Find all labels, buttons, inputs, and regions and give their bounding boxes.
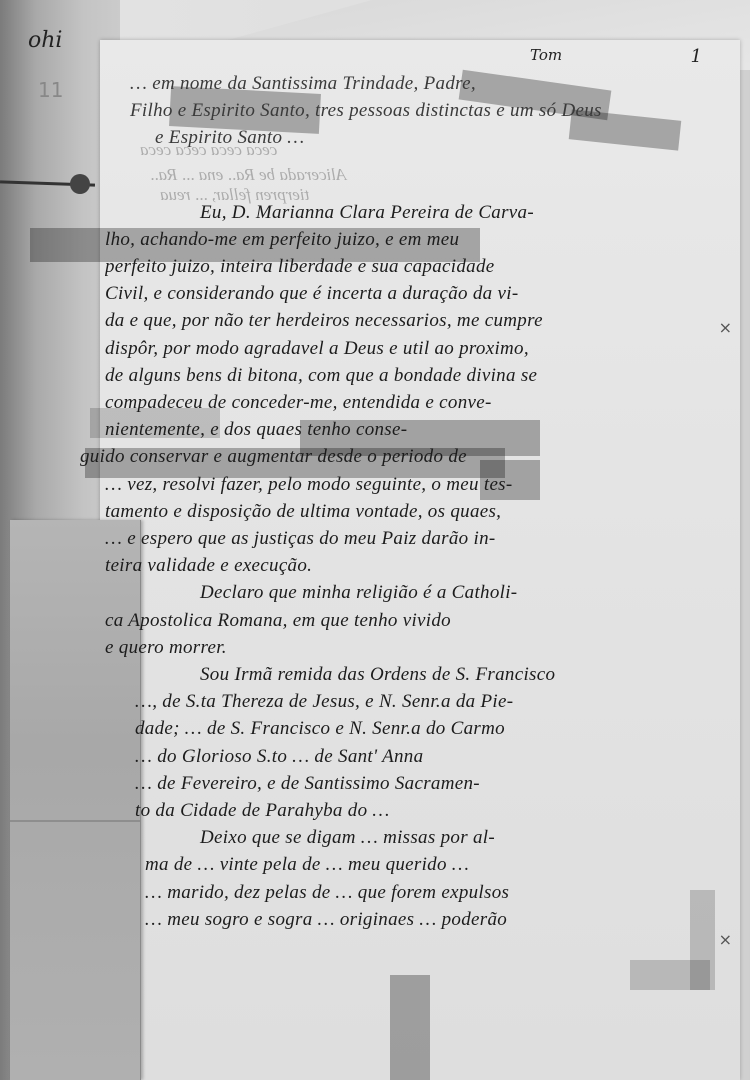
text-line: Deixo que se digam … missas por al-	[105, 824, 725, 851]
text-line: da e que, por não ter herdeiros necessar…	[105, 307, 725, 334]
text-line: e Espirito Santo …	[105, 124, 725, 151]
text-line: … marido, dez pelas de … que forem expul…	[105, 879, 725, 906]
text-line: tamento e disposição de ultima vontade, …	[105, 498, 725, 525]
text-line: to da Cidade de Parahyba do …	[105, 797, 725, 824]
text-line: … vez, resolvi fazer, pelo modo seguinte…	[105, 471, 725, 498]
page-number: 1	[691, 46, 702, 67]
text-line: nientemente, e dos quaes tenho conse-	[105, 416, 725, 443]
text-line: dade; … de S. Francisco e N. Senr.a do C…	[105, 715, 725, 742]
text-line: Eu, D. Marianna Clara Pereira de Carva-	[105, 199, 725, 226]
text-line: … em nome da Santissima Trindade, Padre,	[105, 70, 725, 97]
text-line: … meu sogro e sogra … originaes … poderã…	[105, 906, 725, 933]
text-line: teira validade e execução.	[105, 552, 725, 579]
text-line: Sou Irmã remida das Ordens de S. Francis…	[105, 661, 725, 688]
text-line: … e espero que as justiças do meu Paiz d…	[105, 525, 725, 552]
text-line: ma de … vinte pela de … meu querido …	[105, 851, 725, 878]
text-line: … de Fevereiro, e de Santissimo Sacramen…	[105, 770, 725, 797]
text-line: Declaro que minha religião é a Catholi-	[105, 579, 725, 606]
text-line: de alguns bens di bitona, com que a bond…	[105, 362, 725, 389]
margin-annotation: ohi	[28, 28, 62, 53]
text-line: Filho e Espirito Santo, tres pessoas dis…	[105, 97, 725, 124]
text-line: … do Glorioso S.to … de Sant' Anna	[105, 743, 725, 770]
repair-tape	[630, 960, 710, 990]
text-line: compadeceu de conceder-me, entendida e c…	[105, 389, 725, 416]
text-line: guido conservar e augmentar desde o peri…	[80, 443, 725, 470]
text-line: e quero morrer.	[105, 634, 725, 661]
text-line: dispôr, por modo agradavel a Deus e util…	[105, 335, 725, 362]
binding-knot	[70, 174, 90, 194]
text-line: ca Apostolica Romana, em que tenho vivid…	[105, 607, 725, 634]
text-line: lho, achando-me em perfeito juizo, e em …	[105, 226, 725, 253]
text-line: perfeito juizo, inteira liberdade e sua …	[105, 253, 725, 280]
text-line: …, de S.ta Thereza de Jesus, e N. Senr.a…	[105, 688, 725, 715]
header-note: Tom	[530, 46, 562, 64]
repair-tape	[390, 975, 430, 1080]
manuscript-text: … em nome da Santissima Trindade, Padre,…	[105, 70, 725, 933]
text-line: Civil, e considerando que é incerta a du…	[105, 280, 725, 307]
margin-number: 11	[38, 78, 63, 102]
